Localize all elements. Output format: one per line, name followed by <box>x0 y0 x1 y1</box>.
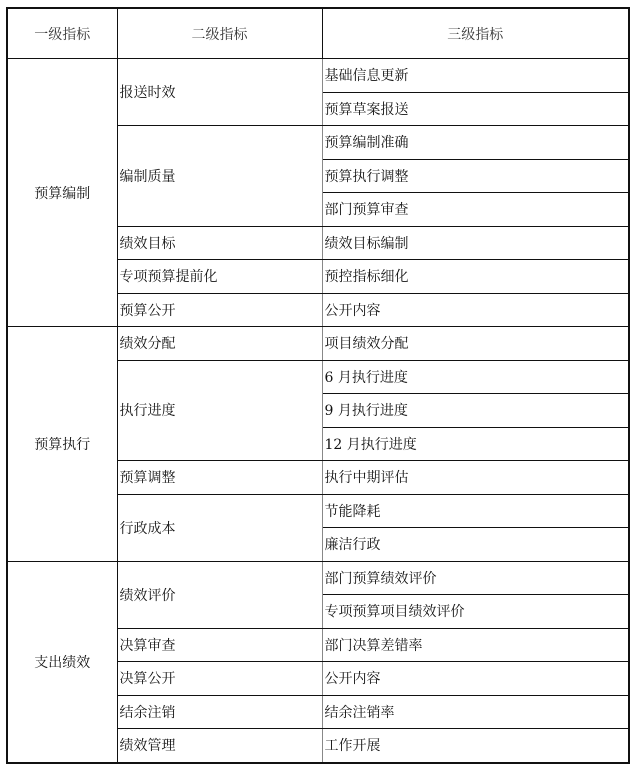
level3-cell: 部门决算差错率 <box>322 628 629 662</box>
level2-cell: 预算公开 <box>117 293 322 327</box>
level3-cell: 工作开展 <box>322 729 629 763</box>
level2-cell: 执行进度 <box>117 360 322 461</box>
level2-cell: 专项预算提前化 <box>117 260 322 294</box>
header-level3: 三级指标 <box>322 8 629 59</box>
header-row: 一级指标 二级指标 三级指标 <box>7 8 629 59</box>
level1-cell: 预算执行 <box>7 327 117 562</box>
level3-cell: 预算草案报送 <box>322 92 629 126</box>
table-row: 预算执行 绩效分配 项目绩效分配 <box>7 327 629 361</box>
level1-cell: 支出绩效 <box>7 561 117 763</box>
level3-cell: 绩效目标编制 <box>322 226 629 260</box>
level3-cell: 基础信息更新 <box>322 59 629 93</box>
level3-cell: 部门预算绩效评价 <box>322 561 629 595</box>
level2-cell: 决算审查 <box>117 628 322 662</box>
level2-cell: 绩效管理 <box>117 729 322 763</box>
level3-cell: 预算执行调整 <box>322 159 629 193</box>
level2-cell: 决算公开 <box>117 662 322 696</box>
header-level2: 二级指标 <box>117 8 322 59</box>
level3-cell: 结余注销率 <box>322 695 629 729</box>
level3-cell: 部门预算审查 <box>322 193 629 227</box>
level3-cell: 9 月执行进度 <box>322 394 629 428</box>
table-row: 预算编制 报送时效 基础信息更新 <box>7 59 629 93</box>
level3-cell: 专项预算项目绩效评价 <box>322 595 629 629</box>
level3-cell: 公开内容 <box>322 662 629 696</box>
level3-cell: 执行中期评估 <box>322 461 629 495</box>
level3-cell: 节能降耗 <box>322 494 629 528</box>
level3-cell: 6 月执行进度 <box>322 360 629 394</box>
level1-cell: 预算编制 <box>7 59 117 327</box>
indicator-table: 一级指标 二级指标 三级指标 预算编制 报送时效 基础信息更新 预算草案报送 编… <box>6 7 630 764</box>
level2-cell: 绩效评价 <box>117 561 322 628</box>
level3-cell: 廉洁行政 <box>322 528 629 562</box>
level2-cell: 结余注销 <box>117 695 322 729</box>
table-row: 支出绩效 绩效评价 部门预算绩效评价 <box>7 561 629 595</box>
level3-cell: 公开内容 <box>322 293 629 327</box>
header-level1: 一级指标 <box>7 8 117 59</box>
level3-cell: 预算编制准确 <box>322 126 629 160</box>
level3-cell: 预控指标细化 <box>322 260 629 294</box>
level2-cell: 预算调整 <box>117 461 322 495</box>
level2-cell: 报送时效 <box>117 59 322 126</box>
level2-cell: 编制质量 <box>117 126 322 227</box>
level3-cell: 项目绩效分配 <box>322 327 629 361</box>
level2-cell: 行政成本 <box>117 494 322 561</box>
level2-cell: 绩效分配 <box>117 327 322 361</box>
level2-cell: 绩效目标 <box>117 226 322 260</box>
level3-cell: 12 月执行进度 <box>322 427 629 461</box>
